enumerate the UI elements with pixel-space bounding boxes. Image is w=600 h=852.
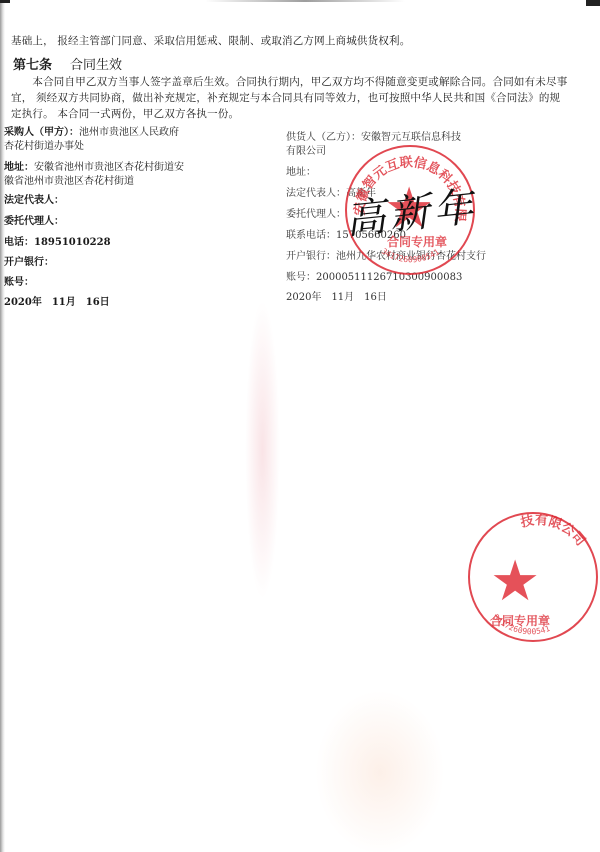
phone-label: 联系电话： [286,230,336,241]
party-a-buyer: 采购人（甲方）：池州市贵池区人民政府 杏花村街道办事处 [4,126,179,154]
svg-text:技有限公司: 技有限公司 [518,514,588,549]
phone-value: 18951010228 [34,237,111,248]
account-label: 账号： [286,272,316,283]
party-a-date: 2020年 11月 16日 [4,296,110,310]
address-value-cont: 徽省池州市贵池区杏花村街道 [4,176,134,187]
article-heading: 第七条合同生效 [13,54,122,73]
party-b-account: 账号：20000511126710300900083 [286,271,462,285]
account-label: 账号： [4,277,34,288]
article-title: 合同生效 [70,58,122,73]
paragraph-line: 宜， 须经双方共同协商，做出补充规定，补充规定与本合同具有同等效力，也可按照中华… [11,90,591,106]
scan-edge-mark [205,0,405,2]
legal-rep-label: 法定代表人： [286,188,346,199]
date-value: 2020年 11月 16日 [4,297,110,308]
seal-bottom-label: 合同专用章 [490,612,550,629]
date-value: 2020年 11月 16日 [286,292,387,303]
party-b-agent: 委托代理人： [286,208,346,222]
buyer-value-cont: 杏花村街道办事处 [4,141,84,152]
phone-label: 电话： [4,237,34,248]
partial-company-seal: 技有限公司 3417260900541 ★ 合同专用章 [468,512,598,642]
seal-ring-label: 技有限公司 [518,514,588,549]
supplier-label: 供货人（乙方）： [286,132,361,143]
address-value: 安徽省池州市贵池区杏花村街道安 [34,162,184,173]
ink-bleed-smear [245,300,280,600]
supplier-value: 安徽智元互联信息科技 [361,132,461,143]
buyer-value: 池州市贵池区人民政府 [79,127,179,138]
paragraph-line: 定执行。 本合同一式两份，甲乙双方各执一份。 [11,106,591,122]
bank-label: 开户银行： [286,251,336,262]
bank-label: 开户银行： [4,257,54,268]
party-a-bank: 开户银行： [4,256,54,270]
address-label: 地址： [4,162,34,173]
star-icon: ★ [490,554,540,610]
article-number: 第七条 [13,58,52,73]
address-label: 地址： [286,167,316,178]
buyer-label: 采购人（甲方）： [4,127,79,138]
party-b-address: 地址： [286,166,316,180]
article-paragraph: 本合同自甲乙双方当事人签字盖章后生效。合同执行期内，甲乙双方均不得随意变更或解除… [11,74,591,122]
party-b-date: 2020年 11月 16日 [286,291,387,305]
party-a-address: 地址：安徽省池州市贵池区杏花村街道安 徽省池州市贵池区杏花村街道 [4,161,184,189]
agent-label: 委托代理人： [4,216,64,227]
intro-line: 基础上， 报经主管部门同意、采取信用惩戒、限制、或取消乙方网上商城供货权利。 [11,33,410,48]
paragraph-line: 本合同自甲乙双方当事人签字盖章后生效。合同执行期内，甲乙双方均不得随意变更或解除… [11,74,591,90]
party-a-legal-rep: 法定代表人： [4,194,64,208]
agent-label: 委托代理人： [286,209,346,220]
ink-bleed-smear [315,690,445,852]
party-a-phone: 电话：18951010228 [4,236,111,250]
scan-edge-mark [586,0,600,6]
party-a-agent: 委托代理人： [4,215,64,229]
supplier-value-cont: 有限公司 [286,146,326,157]
legal-rep-label: 法定代表人： [4,195,64,206]
party-a-account: 账号： [4,276,34,290]
account-value: 20000511126710300900083 [316,272,462,283]
scan-edge-mark [0,0,10,3]
